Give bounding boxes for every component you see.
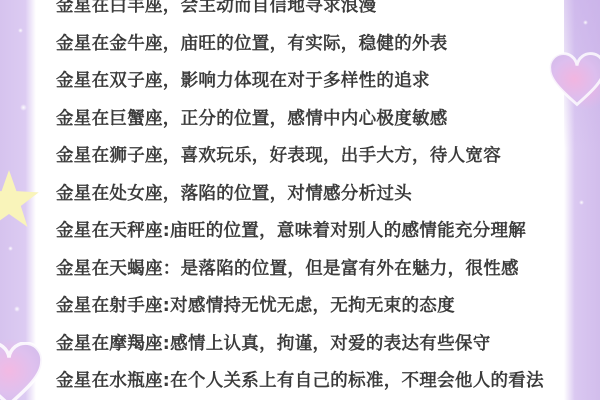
- venus-line-libra: 金星在天秤座:庙旺的位置，意味着对别人的感情能充分理解: [56, 211, 564, 249]
- venus-line-taurus: 金星在金牛座，庙旺的位置，有实际，稳健的外表: [56, 24, 564, 62]
- venus-line-sagittarius: 金星在射手座:对感情持无忧无虑，无拘无束的态度: [56, 286, 564, 324]
- venus-sign-list: 金星在白羊座，会主动而自信地寻求浪漫 金星在金牛座，庙旺的位置，有实际，稳健的外…: [56, 0, 564, 399]
- sparkle-icon: [583, 20, 588, 25]
- star-icon: [0, 170, 40, 232]
- venus-line-virgo: 金星在处女座，落陷的位置，对情感分析过头: [56, 174, 564, 212]
- venus-line-gemini: 金星在双子座，影响力体现在对于多样性的追求: [56, 61, 564, 99]
- venus-line-leo: 金星在狮子座，喜欢玩乐，好表现，出手大方，待人宽容: [56, 136, 564, 174]
- venus-line-aries: 金星在白羊座，会主动而自信地寻求浪漫: [56, 0, 564, 24]
- venus-line-aquarius: 金星在水瓶座:在个人关系上有自己的标准，不理会他人的看法: [56, 361, 564, 399]
- sparkle-icon: [20, 104, 27, 111]
- sparkle-icon: [579, 200, 584, 205]
- venus-line-scorpio: 金星在天蝎座：是落陷的位置，但是富有外在魅力，很性感: [56, 249, 564, 287]
- right-border-decoration: [564, 0, 600, 400]
- sparkle-icon: [8, 246, 13, 251]
- left-border-decoration: [0, 0, 36, 400]
- venus-line-capricorn: 金星在摩羯座:感情上认真，拘谨，对爱的表达有些保守: [56, 324, 564, 362]
- sparkle-icon: [18, 28, 23, 33]
- sparkle-icon: [14, 306, 20, 312]
- venus-line-cancer: 金星在巨蟹座，正分的位置，感情中内心极度敏感: [56, 99, 564, 137]
- content-area: 金星在白羊座，会主动而自信地寻求浪漫 金星在金牛座，庙旺的位置，有实际，稳健的外…: [36, 0, 564, 400]
